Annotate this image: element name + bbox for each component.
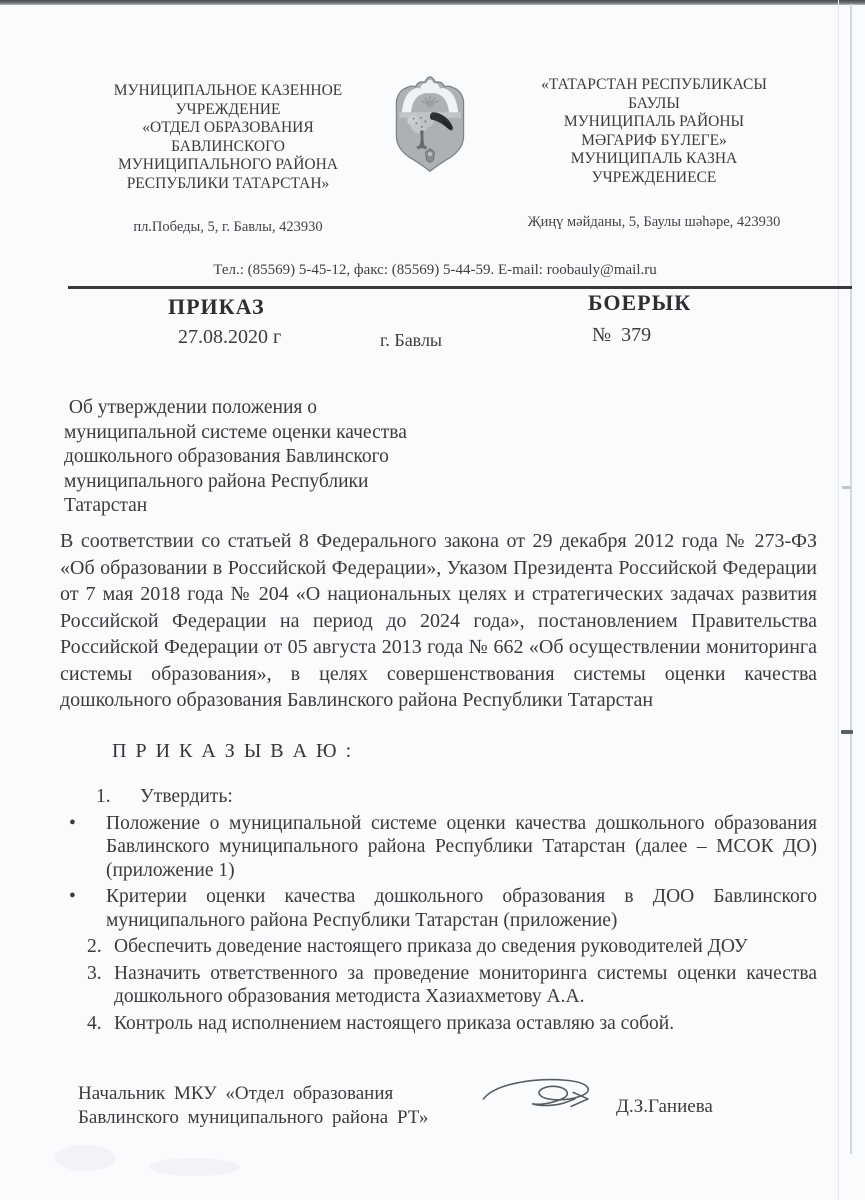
subject-line: дошкольного образования Бавлинского bbox=[64, 445, 494, 470]
item-text: Обеспечить доведение настоящего приказа … bbox=[114, 935, 817, 959]
item-text: Контроль над исполнением настоящего прик… bbox=[114, 1012, 817, 1036]
coat-of-arms-icon bbox=[389, 76, 471, 174]
address-russian: пл.Победы, 5, г. Бавлы, 423930 bbox=[78, 219, 378, 236]
org-line: МӘГАРИФ БҮЛЕГЕ» bbox=[468, 132, 840, 151]
scan-edge-right bbox=[850, 4, 852, 1154]
subject-line: Татарстан bbox=[64, 494, 494, 519]
signer-position-line: Начальник МКУ «Отдел образования bbox=[78, 1082, 478, 1106]
scanned-order-document: МУНИЦИПАЛЬНОЕ КАЗЕННОЕ УЧРЕЖДЕНИЕ «ОТДЕЛ… bbox=[0, 0, 865, 1200]
order-item: 3. Назначить ответственного за проведени… bbox=[60, 962, 817, 1009]
subject-line: Об утверждении положения о bbox=[64, 396, 494, 421]
order-item: 1. Утвердить: bbox=[60, 785, 817, 809]
doc-number: № 379 bbox=[592, 324, 651, 347]
doc-type-russian: ПРИКАЗ bbox=[168, 294, 265, 320]
org-line: «ОТДЕЛ ОБРАЗОВАНИЯ bbox=[78, 119, 378, 138]
order-item: 2. Обеспечить доведение настоящего прика… bbox=[60, 935, 817, 959]
command-word: П Р И К А З Ы В А Ю : bbox=[112, 740, 353, 763]
org-line: «ТАТАРСТАН РЕСПУБЛИКАСЫ bbox=[468, 76, 840, 95]
item-text: Критерии оценки качества дошкольного обр… bbox=[106, 885, 817, 932]
scan-artifact-dash bbox=[842, 486, 851, 489]
signer-position: Начальник МКУ «Отдел образования Бавлинс… bbox=[78, 1082, 478, 1129]
doc-date: 27.08.2020 г bbox=[178, 326, 281, 349]
subject-line: муниципального района Республики bbox=[64, 470, 494, 495]
scan-artifact-blot bbox=[150, 1158, 240, 1176]
org-line: МУНИЦИПАЛЬНОГО РАЙОНА bbox=[78, 156, 378, 175]
doc-type-tatar: БОЕРЫК bbox=[588, 290, 691, 316]
org-line: РЕСПУБЛИКИ ТАТАРСТАН» bbox=[78, 175, 378, 194]
org-line: БАУЛЫ bbox=[468, 95, 840, 114]
org-line: УЧРЕЖДЕНИЕСЕ bbox=[468, 169, 840, 188]
order-item: 4. Контроль над исполнением настоящего п… bbox=[60, 1012, 817, 1036]
order-items-list: 1. Утвердить: • Положение о муниципально… bbox=[60, 782, 817, 1035]
org-line: МУНИЦИПАЛЬНОЕ КАЗЕННОЕ bbox=[78, 82, 378, 101]
signer-name: Д.З.Ганиева bbox=[616, 1096, 713, 1118]
doc-place: г. Бавлы bbox=[380, 330, 442, 351]
scan-artifact-blot bbox=[55, 1145, 115, 1171]
header-divider bbox=[68, 286, 852, 289]
subject-line: муниципальной системе оценки качества bbox=[64, 421, 494, 446]
issuer-name-tatar: «ТАТАРСТАН РЕСПУБЛИКАСЫ БАУЛЫ МУНИЦИПАЛЬ… bbox=[468, 76, 840, 188]
org-line: МУНИЦИПАЛЬ КАЗНА bbox=[468, 150, 840, 169]
doc-subject: Об утверждении положения о муниципальной… bbox=[64, 396, 494, 519]
signer-position-line: Бавлинского муниципального района РТ» bbox=[78, 1106, 478, 1130]
item-text: Утвердить: bbox=[140, 785, 817, 809]
item-marker: 4. bbox=[60, 1012, 114, 1036]
handwritten-signature bbox=[476, 1072, 616, 1124]
item-marker: 3. bbox=[60, 962, 114, 1009]
item-text: Положение о муниципальной системе оценки… bbox=[106, 812, 817, 883]
item-marker: 1. bbox=[60, 785, 140, 809]
org-line: МУНИЦИПАЛЬ РАЙОНЫ bbox=[468, 113, 840, 132]
scan-edge-top bbox=[0, 0, 865, 5]
address-tatar: Җиңү мәйданы, 5, Баулы шәһәре, 423930 bbox=[468, 214, 840, 231]
issuer-name-russian: МУНИЦИПАЛЬНОЕ КАЗЕННОЕ УЧРЕЖДЕНИЕ «ОТДЕЛ… bbox=[78, 82, 378, 194]
order-item: • Критерии оценки качества дошкольного о… bbox=[60, 885, 817, 932]
org-line: УЧРЕЖДЕНИЕ bbox=[78, 101, 378, 120]
order-item: • Положение о муниципальной системе оцен… bbox=[60, 812, 817, 883]
preamble-paragraph: В соответствии со статьей 8 Федерального… bbox=[60, 528, 817, 714]
bullet-marker: • bbox=[60, 885, 106, 932]
bullet-marker: • bbox=[60, 812, 106, 883]
org-line: БАВЛИНСКОГО bbox=[78, 138, 378, 157]
contact-line: Тел.: (85569) 5-45-12, факс: (85569) 5-4… bbox=[70, 262, 800, 279]
scan-artifact-dash bbox=[841, 730, 853, 734]
item-text: Назначить ответственного за проведение м… bbox=[114, 962, 817, 1009]
item-marker: 2. bbox=[60, 935, 114, 959]
